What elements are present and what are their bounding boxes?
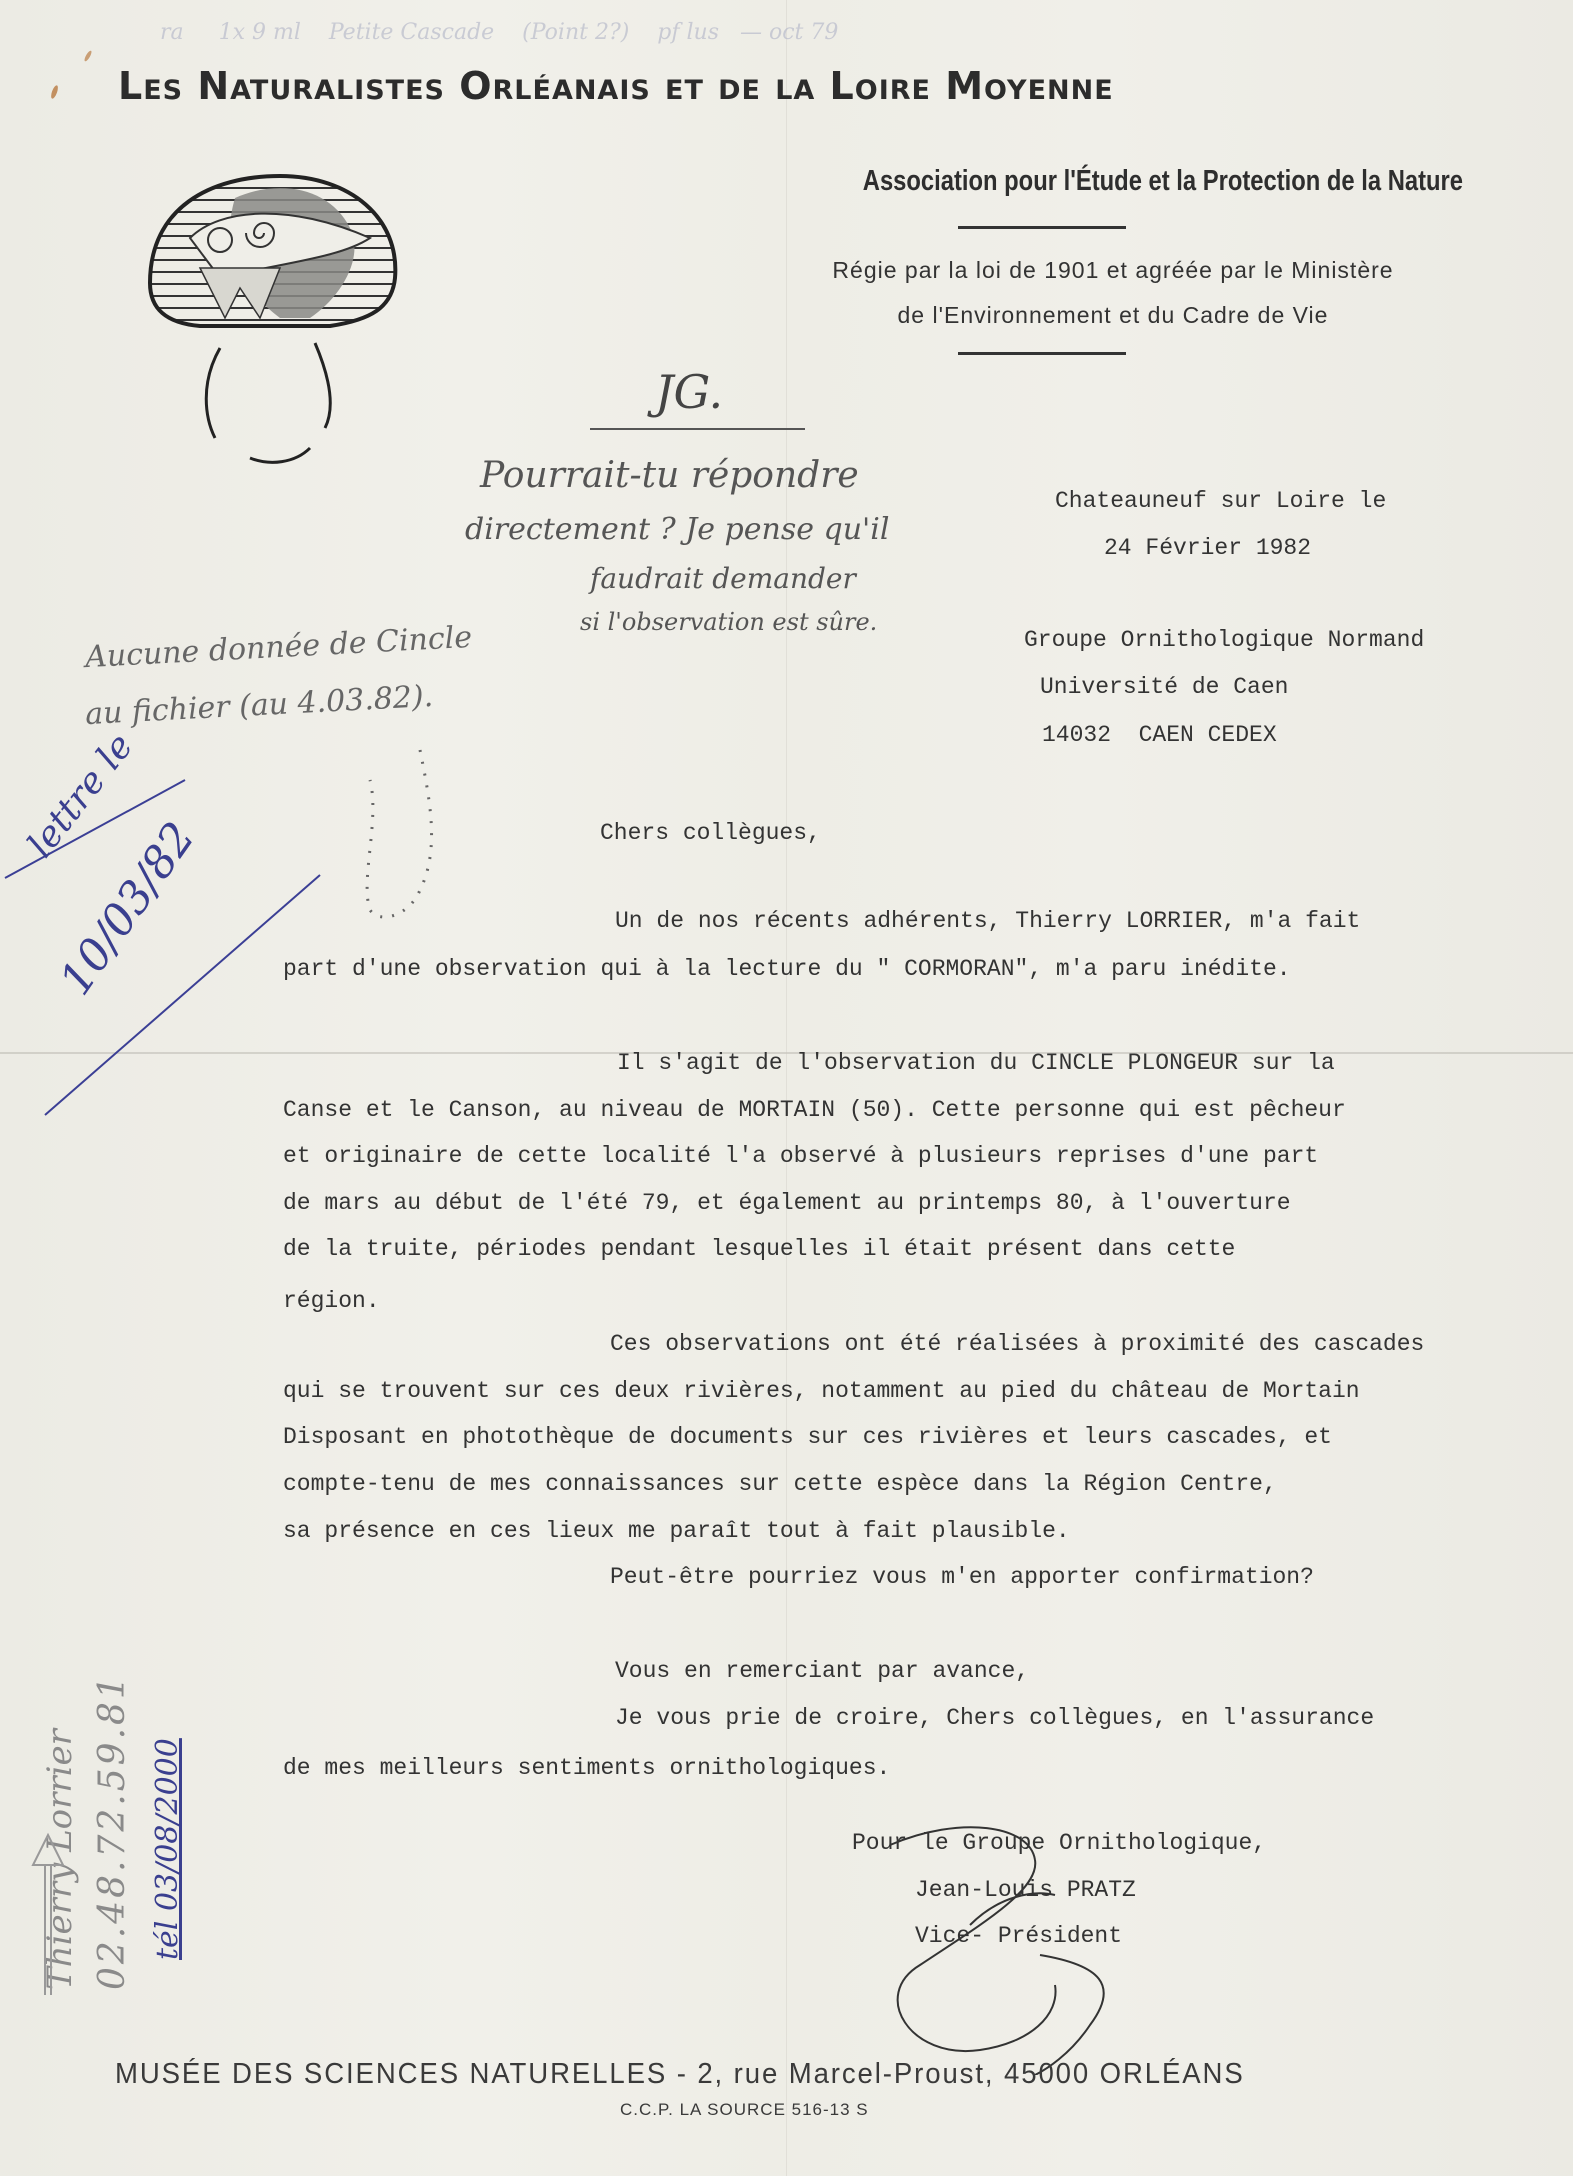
body-line: et originaire de cette localité l'a obse…: [283, 1143, 1318, 1169]
divider: [958, 352, 1126, 355]
mushroom-logo-icon: [130, 168, 415, 468]
body-line: Canse et le Canson, au niveau de MORTAIN…: [283, 1097, 1346, 1123]
body-line: de la truite, périodes pendant lesquelle…: [283, 1236, 1235, 1262]
initials-annotation: JG.: [655, 365, 723, 419]
handwritten-note-line-2: directement ? Je pense qu'il: [465, 512, 889, 547]
handwritten-note-line-3: faudrait demander: [590, 562, 856, 595]
body-line: région.: [283, 1288, 380, 1314]
body-line: Je vous prie de croire, Chers collègues,…: [615, 1705, 1374, 1731]
body-line: Disposant en photothèque de documents su…: [283, 1424, 1332, 1450]
handwritten-note-line-1: Pourrait-tu répondre: [480, 455, 859, 496]
initials-underline: [590, 428, 805, 430]
registration-line-1: Régie par la loi de 1901 et agréée par l…: [763, 257, 1463, 284]
recipient-line: Université de Caen: [1040, 674, 1288, 700]
body-line: sa présence en ces lieux me paraît tout …: [283, 1518, 1070, 1544]
recipient-line: 14032 CAEN CEDEX: [1042, 722, 1277, 748]
footer-address: MUSÉE DES SCIENCES NATURELLES - 2, rue M…: [115, 2058, 1245, 2091]
margin-phone-note: 02.48.72.59.81: [92, 1673, 133, 1990]
arrow-icon: [28, 1830, 68, 2000]
blue-diagonal-lines: [0, 700, 360, 1120]
letter-date: 24 Février 1982: [1104, 535, 1311, 561]
body-line: Peut-être pourriez vous m'en apporter co…: [610, 1564, 1314, 1590]
body-line: Il s'agit de l'observation du CINCLE PLO…: [617, 1050, 1335, 1076]
handwritten-signature: [860, 1815, 1180, 2075]
salutation: Chers collègues,: [600, 820, 821, 846]
recipient-line: Groupe Ornithologique Normand: [1024, 627, 1424, 653]
body-line: compte-tenu de mes connaissances sur cet…: [283, 1471, 1277, 1497]
footer-ccp: C.C.P. LA SOURCE 516-13 S: [620, 2100, 869, 2120]
registration-line-2: de l'Environnement et du Cadre de Vie: [763, 302, 1463, 329]
body-line: qui se trouvent sur ces deux rivières, n…: [283, 1378, 1360, 1404]
place-line: Chateauneuf sur Loire le: [1055, 488, 1386, 514]
body-line: de mes meilleurs sentiments ornithologiq…: [283, 1755, 890, 1781]
margin-tel-note: tél 03/08/2000: [150, 1738, 185, 1960]
divider: [958, 226, 1126, 229]
organization-name: Les Naturalistes Orléanais et de la Loir…: [118, 64, 1114, 108]
body-line: Vous en remerciant par avance,: [615, 1658, 1029, 1684]
dotted-mark: [360, 740, 480, 940]
body-line: Un de nos récents adhérents, Thierry LOR…: [615, 908, 1360, 934]
faint-pencil-notes: ra 1x 9 ml Petite Cascade (Point 2?) pf …: [160, 20, 838, 45]
organization-subtitle: Association pour l'Étude et la Protectio…: [863, 165, 1463, 198]
body-line: Ces observations ont été réalisées à pro…: [610, 1331, 1424, 1357]
body-line: part d'une observation qui à la lecture …: [283, 956, 1291, 982]
handwritten-note-line-4: si l'observation est sûre.: [580, 608, 877, 636]
body-line: de mars au début de l'été 79, et égaleme…: [283, 1190, 1291, 1216]
